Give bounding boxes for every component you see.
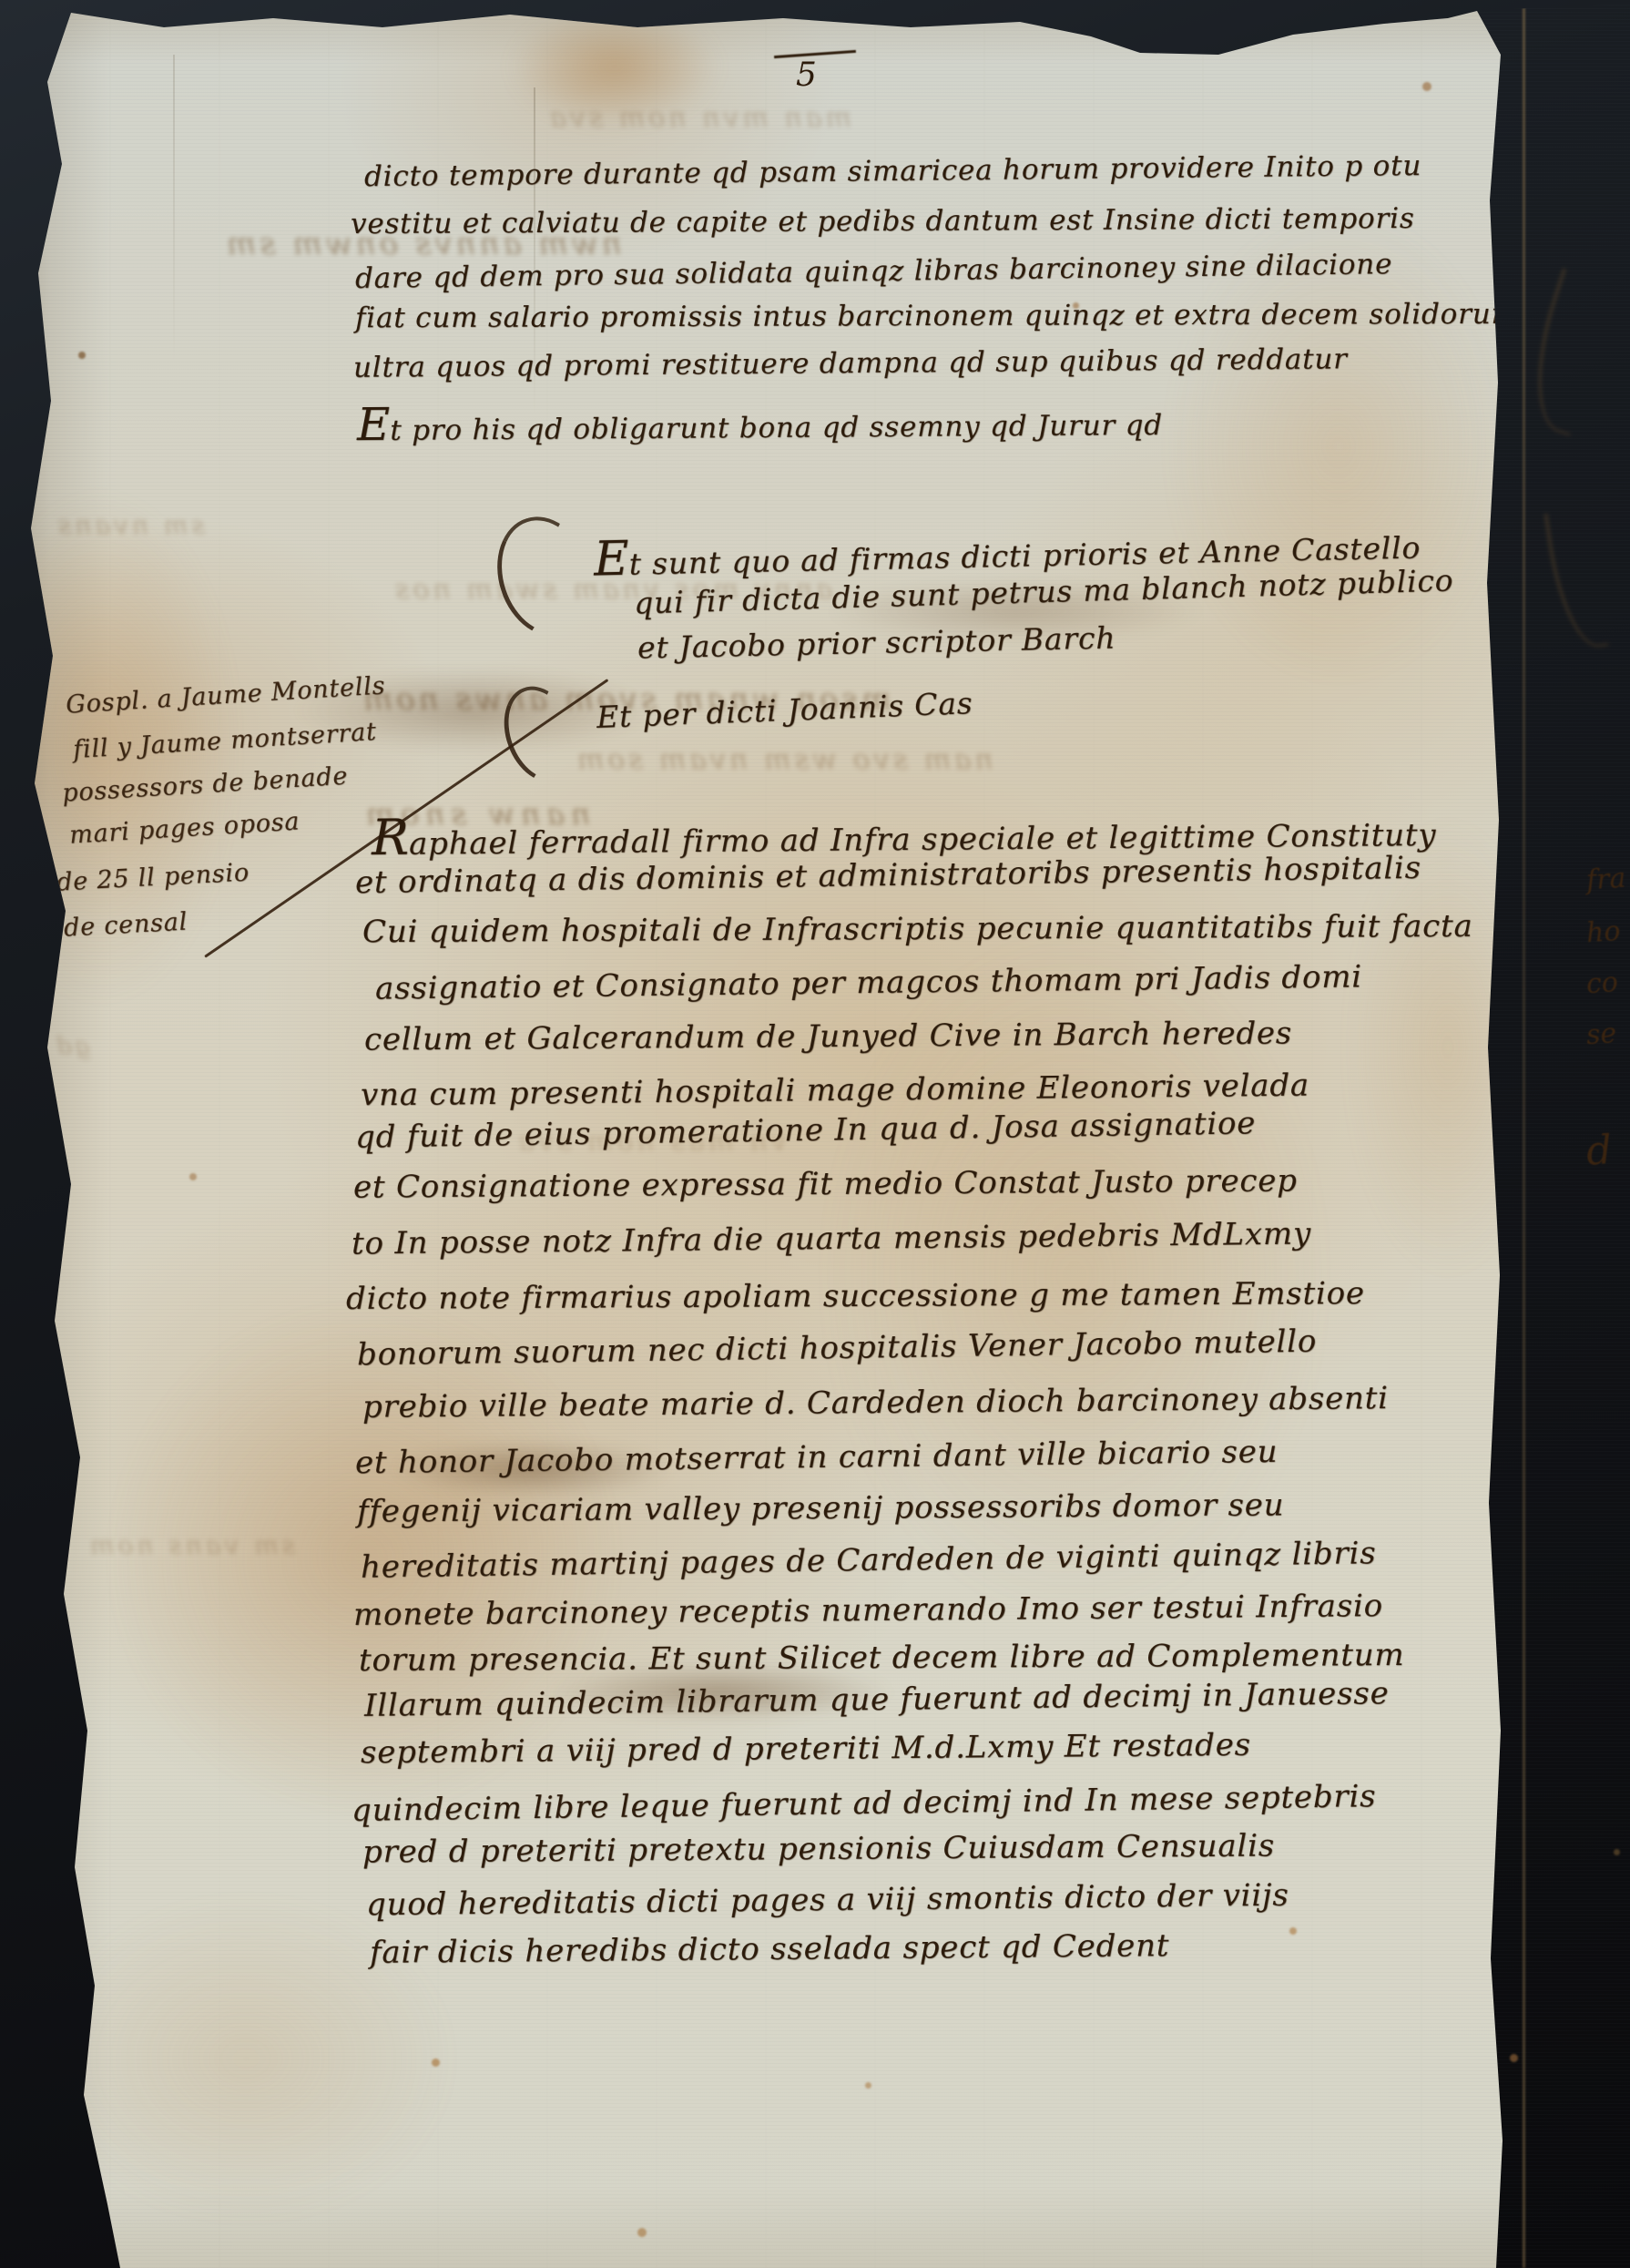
archive-photo-background: fra ho co se d man mvn nom sva nwm annvs… — [0, 0, 1630, 2268]
next-page-partial-word: co — [1585, 966, 1619, 1000]
ink-speck — [1614, 1849, 1620, 1855]
page-edge-shading — [0, 0, 1630, 2268]
next-page-partial-word: d — [1584, 1127, 1614, 1175]
foxing-spot — [1510, 2054, 1518, 2062]
next-page-partial-word: ho — [1585, 915, 1622, 950]
next-page-partial-word: se — [1585, 1017, 1618, 1051]
manuscript-page: man mvn nom sva nwm annvs onwm sm sm nva… — [0, 0, 1630, 2268]
next-page-partial-word: fra — [1585, 863, 1627, 897]
page-fold-crease — [1523, 0, 1525, 2268]
